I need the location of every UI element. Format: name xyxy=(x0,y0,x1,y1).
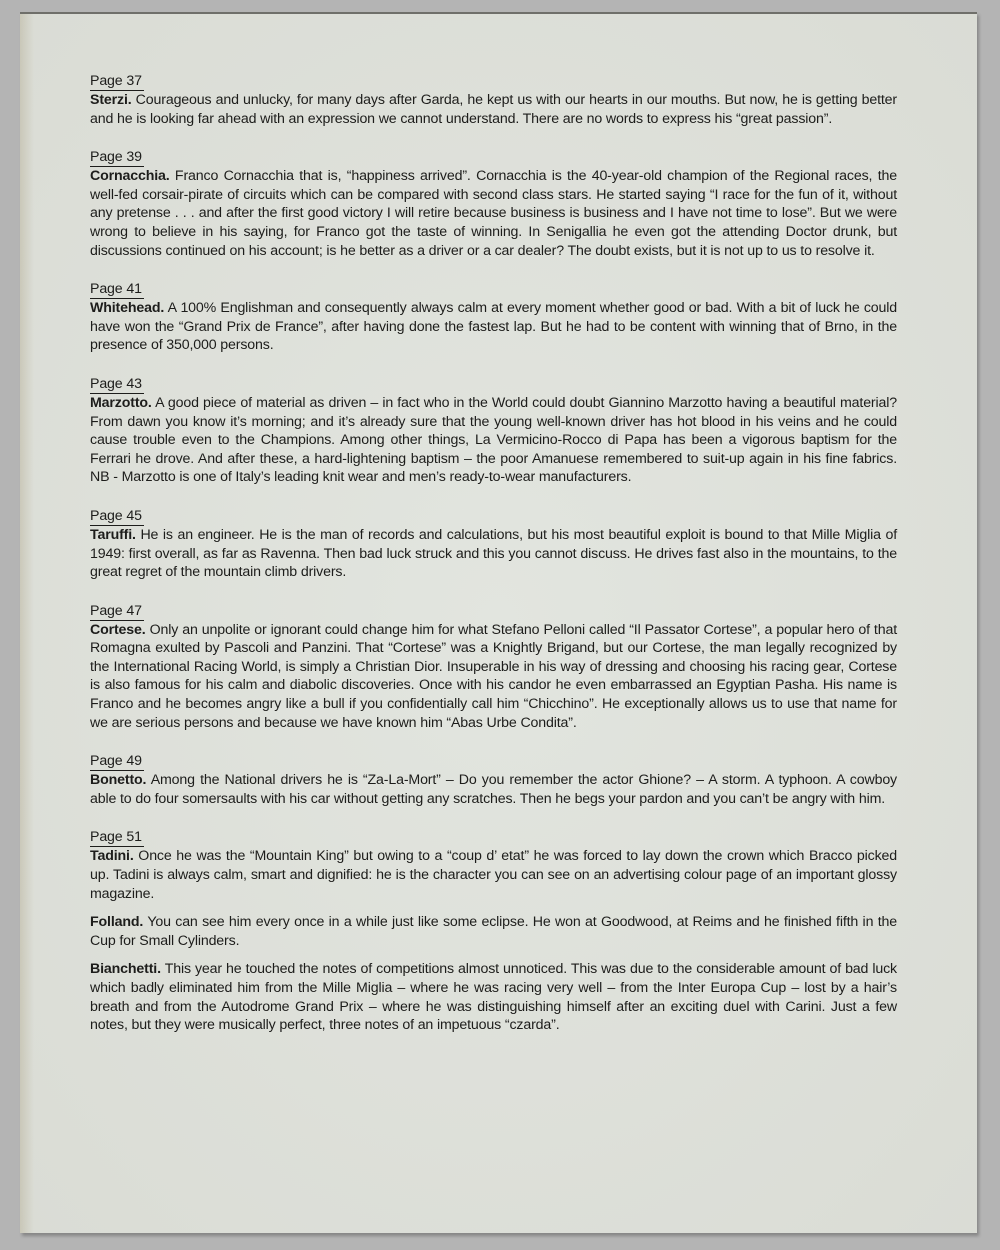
driver-paragraph: Cornacchia. Franco Cornacchia that is, “… xyxy=(90,167,897,260)
driver-name: Marzotto. xyxy=(90,395,152,411)
driver-description: Only an unpolite or ignorant could chang… xyxy=(90,622,897,731)
driver-description: Courageous and unlucky, for many days af… xyxy=(90,92,897,127)
driver-name: Cortese. xyxy=(90,622,146,638)
entry-page-41: Page 41 Whitehead. A 100% Englishman and… xyxy=(90,280,897,355)
page-label: Page 49 xyxy=(90,753,144,771)
entry-page-45: Page 45 Taruffi. He is an engineer. He i… xyxy=(90,507,897,582)
entry-page-51: Page 51 Tadini. Once he was the “Mountai… xyxy=(90,828,897,1034)
driver-description: You can see him every once in a while ju… xyxy=(90,914,897,949)
driver-description: He is an engineer. He is the man of reco… xyxy=(90,527,897,580)
driver-name: Bonetto. xyxy=(90,772,146,788)
driver-name: Whitehead. xyxy=(90,300,164,316)
document-body: Page 37 Sterzi. Courageous and unlucky, … xyxy=(90,72,897,1055)
driver-description: This year he touched the notes of compet… xyxy=(90,961,897,1033)
driver-name: Folland. xyxy=(90,914,143,930)
driver-paragraph: Whitehead. A 100% Englishman and consequ… xyxy=(90,299,897,355)
entry-page-49: Page 49 Bonetto. Among the National driv… xyxy=(90,752,897,808)
document-sheet: Page 37 Sterzi. Courageous and unlucky, … xyxy=(20,12,977,1233)
driver-description: Among the National drivers he is “Za-La-… xyxy=(90,772,897,807)
driver-paragraph: Marzotto. A good piece of material as dr… xyxy=(90,394,897,487)
entry-page-37: Page 37 Sterzi. Courageous and unlucky, … xyxy=(90,72,897,128)
driver-paragraph: Cortese. Only an unpolite or ignorant co… xyxy=(90,621,897,733)
page-label: Page 41 xyxy=(90,281,144,299)
entry-page-39: Page 39 Cornacchia. Franco Cornacchia th… xyxy=(90,148,897,260)
driver-paragraph: Taruffi. He is an engineer. He is the ma… xyxy=(90,526,897,582)
driver-name: Cornacchia. xyxy=(90,168,170,184)
driver-description: A good piece of material as driven – in … xyxy=(90,395,897,485)
driver-paragraph: Folland. You can see him every once in a… xyxy=(90,913,897,950)
driver-description: A 100% Englishman and consequently alway… xyxy=(90,300,897,353)
driver-paragraph: Tadini. Once he was the “Mountain King” … xyxy=(90,847,897,903)
driver-paragraph: Bianchetti. This year he touched the not… xyxy=(90,960,897,1034)
entry-page-43: Page 43 Marzotto. A good piece of materi… xyxy=(90,375,897,487)
driver-name: Bianchetti. xyxy=(90,961,161,977)
page-label: Page 43 xyxy=(90,376,144,394)
driver-description: Franco Cornacchia that is, “happiness ar… xyxy=(90,168,897,258)
driver-description: Once he was the “Mountain King” but owin… xyxy=(90,848,897,901)
entry-page-47: Page 47 Cortese. Only an unpolite or ign… xyxy=(90,602,897,733)
page-label: Page 37 xyxy=(90,73,144,91)
driver-paragraph: Sterzi. Courageous and unlucky, for many… xyxy=(90,91,897,128)
driver-name: Sterzi. xyxy=(90,92,132,108)
page-label: Page 45 xyxy=(90,508,144,526)
driver-name: Taruffi. xyxy=(90,527,136,543)
driver-paragraph: Bonetto. Among the National drivers he i… xyxy=(90,771,897,808)
driver-name: Tadini. xyxy=(90,848,134,864)
page-label: Page 47 xyxy=(90,603,144,621)
page-label: Page 39 xyxy=(90,149,144,167)
page-label: Page 51 xyxy=(90,829,144,847)
